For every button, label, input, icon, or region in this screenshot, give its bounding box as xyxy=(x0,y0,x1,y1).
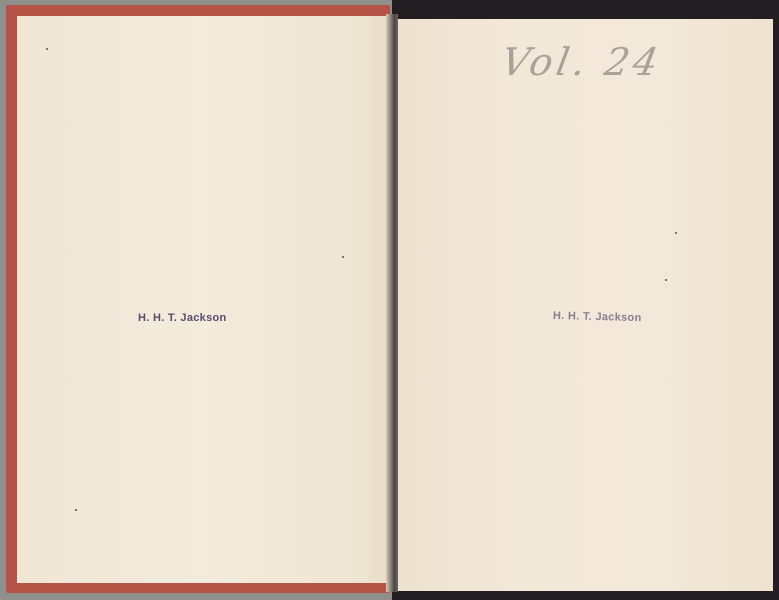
paper-speck xyxy=(675,232,677,234)
paper-speck xyxy=(46,48,48,50)
left-endpaper xyxy=(17,16,388,583)
right-flyleaf-page xyxy=(398,19,773,591)
owner-stamp-right: H. H. T. Jackson xyxy=(553,310,642,324)
paper-speck xyxy=(342,256,344,258)
paper-speck xyxy=(75,509,77,511)
owner-stamp-left: H. H. T. Jackson xyxy=(138,312,227,324)
handwritten-volume-note: Vol. 24 xyxy=(498,40,665,84)
paper-speck xyxy=(665,279,667,281)
book-spine-gutter xyxy=(386,14,398,592)
